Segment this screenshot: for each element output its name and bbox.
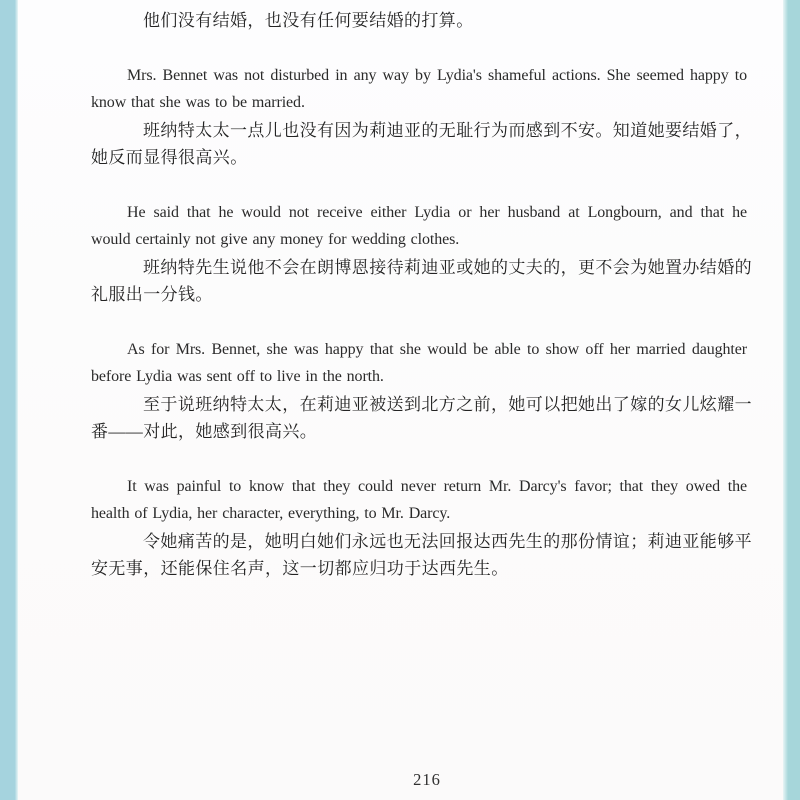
text-line-zh: 番——对此，她感到很高兴。 [91, 418, 747, 446]
text-line-en: before Lydia was sent off to live in the… [91, 363, 747, 391]
text-line-zh: 班纳特太太一点儿也没有因为莉迪亚的无耻行为而感到不安。知道她要结婚了， [91, 117, 747, 145]
text-line-zh: 令她痛苦的是，她明白她们永远也无法回报达西先生的那份情谊；莉迪亚能够平 [91, 528, 747, 556]
text-line-zh: 她反而显得很高兴。 [91, 144, 747, 172]
bilingual-block: He said that he would not receive either… [91, 199, 747, 309]
text-line-en: health of Lydia, her character, everythi… [91, 500, 747, 528]
text-line-en: As for Mrs. Bennet, she was happy that s… [91, 336, 747, 364]
book-edge-right [783, 0, 800, 800]
book-page-photo: 他们没有结婚，也没有任何要结婚的打算。 Mrs. Bennet was not … [0, 0, 800, 800]
text-line-zh: 他们没有结婚，也没有任何要结婚的打算。 [91, 7, 747, 35]
text-line-zh: 至于说班纳特太太，在莉迪亚被送到北方之前，她可以把她出了嫁的女儿炫耀一 [91, 391, 747, 419]
book-edge-left [0, 0, 18, 800]
text-line-en: would certainly not give any money for w… [91, 226, 747, 254]
text-line-en: It was painful to know that they could n… [91, 473, 747, 501]
text-line-en: He said that he would not receive either… [91, 199, 747, 227]
text-line-zh: 礼服出一分钱。 [91, 281, 747, 309]
page-number: 216 [91, 770, 763, 790]
text-line-zh: 班纳特先生说他不会在朗博恩接待莉迪亚或她的丈夫的，更不会为她置办结婚的 [91, 254, 747, 282]
paragraph-block: 他们没有结婚，也没有任何要结婚的打算。 [91, 7, 747, 35]
bilingual-block: Mrs. Bennet was not disturbed in any way… [91, 62, 747, 172]
page-text-column: 他们没有结婚，也没有任何要结婚的打算。 Mrs. Bennet was not … [91, 7, 747, 610]
bilingual-block: It was painful to know that they could n… [91, 473, 747, 583]
text-line-en: know that she was to be married. [91, 89, 747, 117]
text-line-en: Mrs. Bennet was not disturbed in any way… [91, 62, 747, 90]
text-line-zh: 安无事，还能保住名声，这一切都应归功于达西先生。 [91, 555, 747, 583]
bilingual-block: As for Mrs. Bennet, she was happy that s… [91, 336, 747, 446]
